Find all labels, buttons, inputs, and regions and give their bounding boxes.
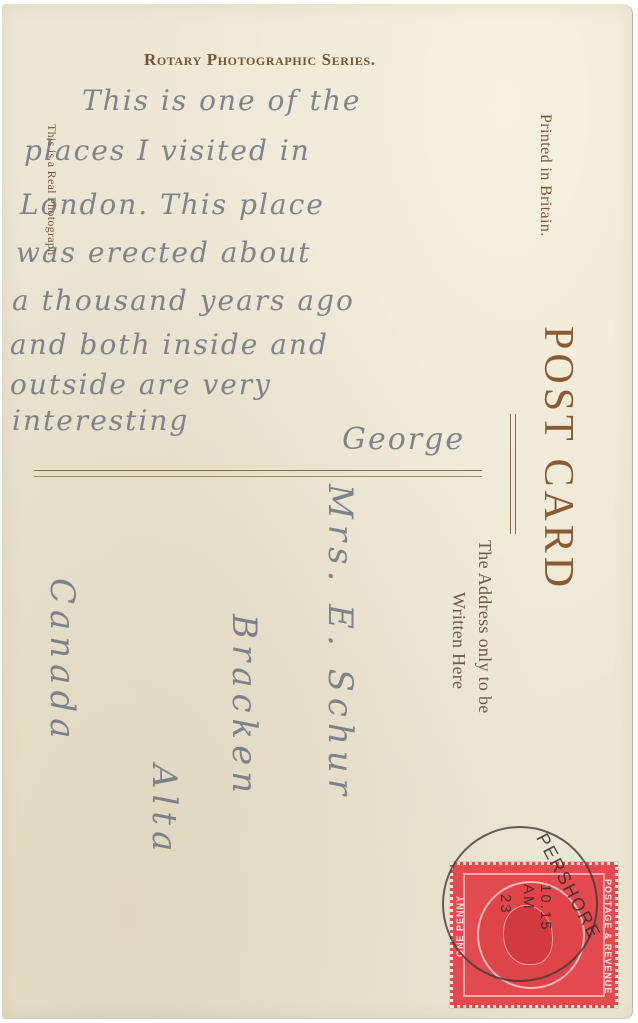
address-note-line-2: Written Here xyxy=(448,592,469,689)
address-divider-vertical xyxy=(510,414,516,534)
message-divider-horizontal xyxy=(34,470,482,477)
address-line: Bracken xyxy=(224,614,264,799)
postmark-date: 23 xyxy=(497,894,514,915)
message-line: This is one of the xyxy=(82,84,362,117)
message-line: a thousand years ago xyxy=(12,284,355,317)
address-line: Canada xyxy=(42,578,82,745)
address-line: Alta xyxy=(144,764,184,857)
series-title: Rotary Photographic Series. xyxy=(144,50,376,70)
address-note-line-1: The Address only to be xyxy=(474,540,495,714)
message-line: outside are very xyxy=(10,368,272,401)
stamp-postage-label: POSTAGE & REVENUE xyxy=(603,879,613,994)
post-card-heading: POST CARD xyxy=(534,326,582,591)
message-line: interesting xyxy=(12,404,189,437)
printed-in-britain-label: Printed in Britain. xyxy=(536,114,554,237)
message-line: London. This place xyxy=(20,188,325,221)
message-line: and both inside and xyxy=(10,328,329,361)
postcard-back: Rotary Photographic Series. Printed in B… xyxy=(2,4,633,1019)
message-line: was erected about xyxy=(16,236,312,269)
address-line: Mrs. E. Schur xyxy=(320,484,360,801)
postmark-time: 10.15 AM xyxy=(520,884,554,962)
message-line: places I visited in xyxy=(24,134,311,167)
signature: George xyxy=(342,422,465,457)
